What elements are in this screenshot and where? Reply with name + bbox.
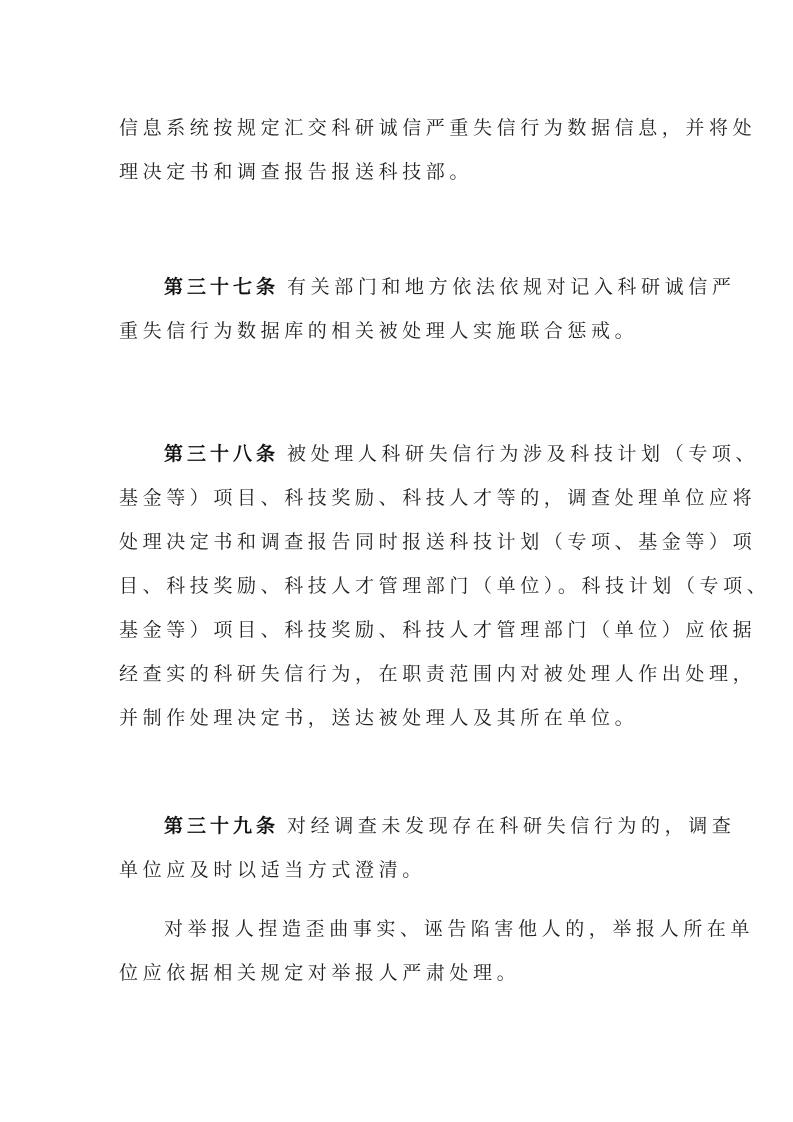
article-37-text: 有关部门和地方依法依规对记入科研诚信严 bbox=[287, 276, 735, 298]
article-38-line: 基金等）项目、科技奖励、科技人才等的，调查处理单位应将 bbox=[119, 484, 679, 512]
article-38-line: 基金等）项目、科技奖励、科技人才管理部门（单位）应依据 bbox=[119, 616, 679, 644]
article-37-line: 重失信行为数据库的相关被处理人实施联合惩戒。 bbox=[119, 317, 679, 345]
paragraph-line: 对举报人捏造歪曲事实、诬告陷害他人的，举报人所在单 bbox=[164, 915, 724, 943]
paragraph-line: 位应依据相关规定对举报人严肃处理。 bbox=[119, 959, 679, 987]
paragraph-line: 信息系统按规定汇交科研诚信严重失信行为数据信息，并将处 bbox=[119, 114, 679, 142]
article-37-line: 第三十七条有关部门和地方依法依规对记入科研诚信严 bbox=[164, 273, 724, 301]
article-38-line: 第三十八条被处理人科研失信行为涉及科技计划（专项、 bbox=[164, 440, 724, 468]
article-38-line: 处理决定书和调查报告同时报送科技计划（专项、基金等）项 bbox=[119, 528, 679, 556]
paragraph-line: 理决定书和调查报告报送科技部。 bbox=[119, 158, 679, 186]
article-39-title: 第三十九条 bbox=[164, 815, 279, 837]
article-38-text: 被处理人科研失信行为涉及科技计划（专项、 bbox=[287, 443, 759, 465]
document-page: 信息系统按规定汇交科研诚信严重失信行为数据信息，并将处 理决定书和调查报告报送科… bbox=[0, 0, 793, 1122]
article-39-line: 单位应及时以适当方式澄清。 bbox=[119, 856, 679, 884]
article-38-title: 第三十八条 bbox=[164, 443, 279, 465]
article-39-line: 第三十九条对经调查未发现存在科研失信行为的，调查 bbox=[164, 812, 724, 840]
article-38-line: 目、科技奖励、科技人才管理部门（单位）。科技计划（专项、 bbox=[119, 572, 679, 600]
article-37-title: 第三十七条 bbox=[164, 276, 279, 298]
article-38-line: 并制作处理决定书，送达被处理人及其所在单位。 bbox=[119, 704, 679, 732]
article-38-line: 经查实的科研失信行为，在职责范围内对被处理人作出处理， bbox=[119, 660, 679, 688]
article-39-text: 对经调查未发现存在科研失信行为的，调查 bbox=[287, 815, 735, 837]
